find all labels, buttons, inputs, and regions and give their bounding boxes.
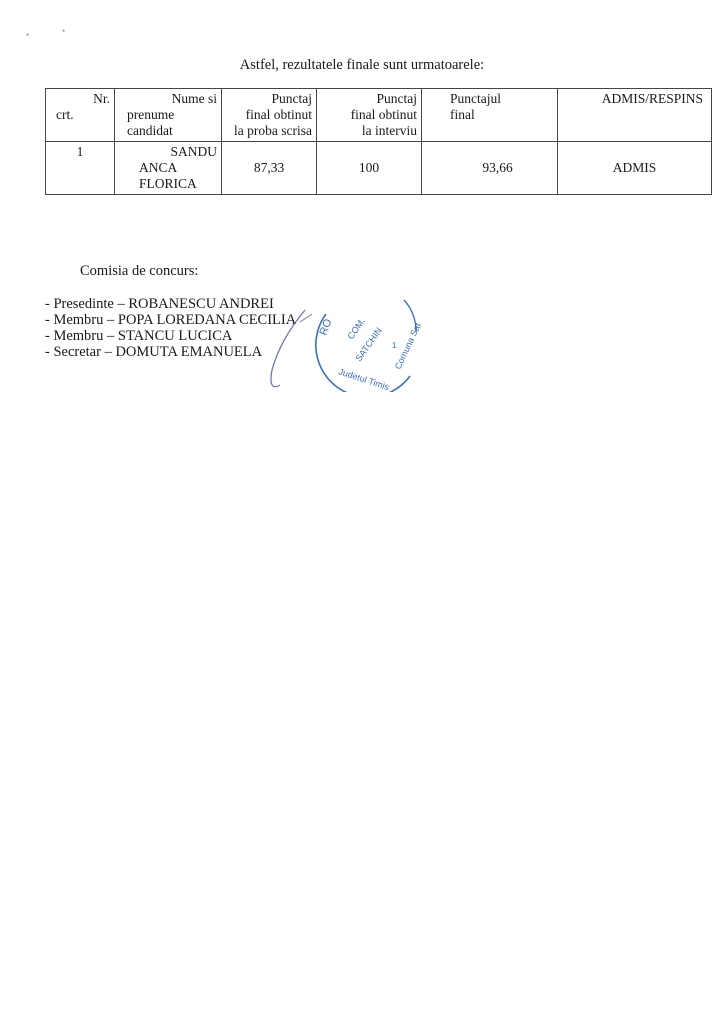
header-line: final obtinut bbox=[226, 107, 312, 123]
header-line: Nume si bbox=[119, 91, 217, 107]
svg-text:RO: RO bbox=[318, 317, 335, 337]
header-written-score: Punctaj final obtinut la proba scrisa bbox=[222, 89, 317, 142]
name-line: FLORICA bbox=[119, 176, 217, 192]
svg-text:COM.: COM. bbox=[345, 316, 367, 341]
header-line: final obtinut bbox=[321, 107, 417, 123]
intro-text: Astfel, rezultatele finale sunt urmatoar… bbox=[0, 57, 724, 74]
name-line: SANDU bbox=[119, 144, 217, 160]
results-table: Nr. crt. Nume si prenume candidat Puncta… bbox=[45, 88, 712, 195]
header-line: la interviu bbox=[321, 123, 417, 139]
scan-speck: • bbox=[62, 26, 65, 36]
header-line: crt. bbox=[50, 107, 110, 123]
svg-text:Comuna Sat: Comuna Sat bbox=[393, 321, 422, 371]
name-line: ANCA bbox=[119, 160, 217, 176]
header-final-score: Punctajul final bbox=[422, 89, 558, 142]
table-header-row: Nr. crt. Nume si prenume candidat Puncta… bbox=[46, 89, 712, 142]
cell-final-score: 93,66 bbox=[422, 142, 558, 195]
official-stamp-icon: RO COM. SATCHIN 1 Judetul Timis Comuna S… bbox=[312, 292, 422, 392]
svg-text:Judetul Timis: Judetul Timis bbox=[337, 366, 391, 392]
header-line: final bbox=[450, 107, 553, 123]
header-line: Nr. bbox=[50, 91, 110, 107]
header-name: Nume si prenume candidat bbox=[115, 89, 222, 142]
header-result: ADMIS/RESPINS bbox=[558, 89, 712, 142]
cell-name: SANDU ANCA FLORICA bbox=[115, 142, 222, 195]
header-line: Punctajul bbox=[450, 91, 553, 107]
table-row: 1 SANDU ANCA FLORICA 87,33 100 93,66 ADM… bbox=[46, 142, 712, 195]
header-line: la proba scrisa bbox=[226, 123, 312, 139]
commission-title: Comisia de concurs: bbox=[80, 263, 296, 280]
cell-result: ADMIS bbox=[558, 142, 712, 195]
header-interview-score: Punctaj final obtinut la interviu bbox=[317, 89, 422, 142]
cell-interview-score: 100 bbox=[317, 142, 422, 195]
header-line: candidat bbox=[119, 123, 217, 139]
svg-text:1: 1 bbox=[392, 341, 397, 350]
header-line: Punctaj bbox=[226, 91, 312, 107]
header-nr: Nr. crt. bbox=[46, 89, 115, 142]
cell-written-score: 87,33 bbox=[222, 142, 317, 195]
scan-speck: • bbox=[26, 30, 29, 40]
cell-nr: 1 bbox=[46, 142, 115, 195]
header-line: ADMIS/RESPINS bbox=[562, 91, 703, 107]
header-line: prenume bbox=[119, 107, 217, 123]
header-line: Punctaj bbox=[321, 91, 417, 107]
